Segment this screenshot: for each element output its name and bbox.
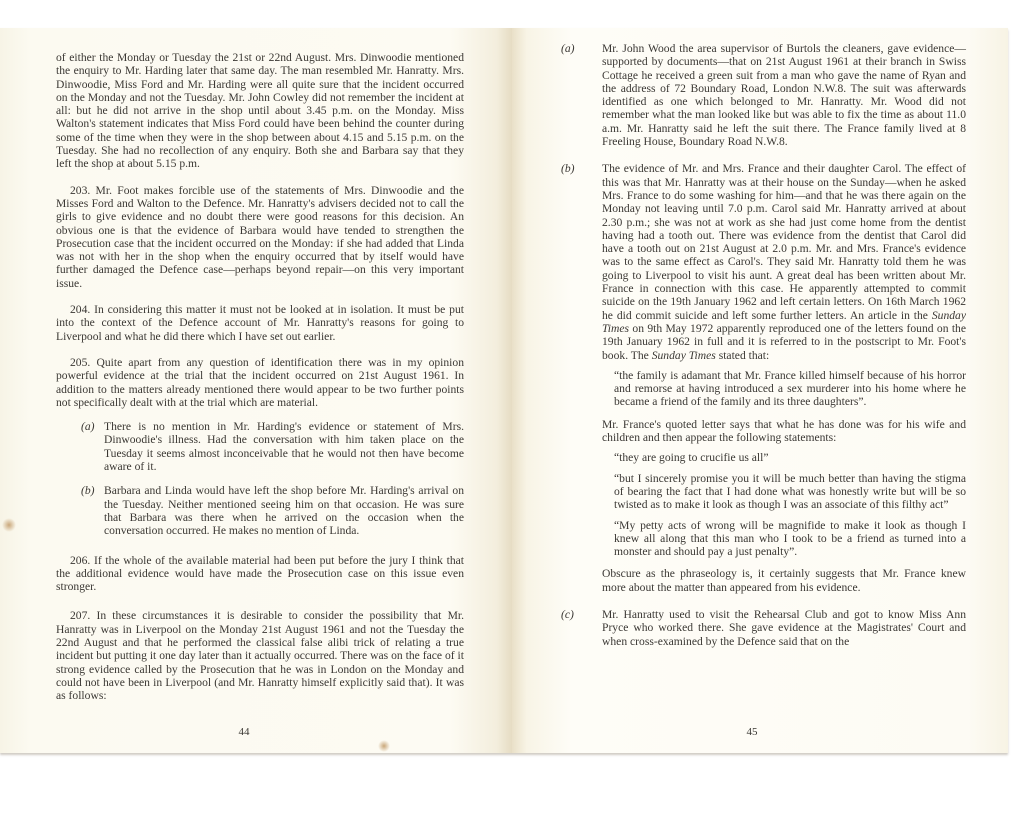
paragraph-207: 207. In these circumstances it is desira… [56, 609, 464, 702]
page-45: (a) Mr. John Wood the area supervisor of… [512, 28, 1008, 753]
paragraph-205-item-a: (a) There is no mention in Mr. Harding's… [56, 420, 464, 473]
item-label: (a) [561, 42, 575, 55]
paper-stain [378, 740, 390, 752]
book-spread-scan: of either the Monday or Tuesday the 21st… [0, 28, 1008, 753]
page-number-44: 44 [0, 726, 500, 739]
right-page-text-column: (a) Mr. John Wood the area supervisor of… [561, 42, 966, 648]
paragraph-204: 204. In considering this matter it must … [56, 303, 464, 343]
paragraph-continued: of either the Monday or Tuesday the 21st… [56, 51, 464, 171]
item-a-john-wood: (a) Mr. John Wood the area supervisor of… [561, 42, 966, 148]
conclusion: Obscure as the phraseology is, it certai… [602, 567, 966, 594]
newspaper-title: Sunday Times [652, 349, 716, 362]
item-label: (c) [561, 608, 574, 621]
page-44: of either the Monday or Tuesday the 21st… [0, 28, 512, 753]
item-b-body: The evidence of Mr. and Mrs. France and … [602, 162, 966, 361]
item-text: Barbara and Linda would have left the sh… [104, 484, 464, 537]
letter-intro: Mr. France's quoted letter says that wha… [602, 418, 966, 445]
page-number-45: 45 [504, 726, 1000, 739]
quote-sunday-times: “the family is adamant that Mr. France k… [614, 369, 966, 409]
item-text: Mr. John Wood the area supervisor of Bur… [602, 42, 966, 148]
paragraph-205-item-b: (b) Barbara and Linda would have left th… [56, 484, 464, 537]
paper-stain [2, 518, 16, 532]
item-b-france-family: (b) The evidence of Mr. and Mrs. France … [561, 162, 966, 594]
paragraph-206: 206. If the whole of the available mater… [56, 554, 464, 594]
item-text: There is no mention in Mr. Harding's evi… [104, 420, 464, 473]
item-label: (b) [81, 484, 95, 497]
item-c-rehearsal-club: (c) Mr. Hanratty used to visit the Rehea… [561, 608, 966, 648]
quote-letter-3: “My petty acts of wrong will be magnifid… [614, 519, 966, 559]
quote-letter-1: “they are going to crucifie us all” [614, 451, 966, 464]
left-page-text-column: of either the Monday or Tuesday the 21st… [56, 51, 464, 702]
paragraph-205: 205. Quite apart from any question of id… [56, 356, 464, 409]
paragraph-203: 203. Mr. Foot makes forcible use of the … [56, 184, 464, 290]
item-label: (a) [81, 420, 95, 433]
item-label: (b) [561, 162, 575, 175]
item-text: Mr. Hanratty used to visit the Rehearsal… [602, 608, 966, 648]
quote-letter-2: “but I sincerely promise you it will be … [614, 472, 966, 512]
